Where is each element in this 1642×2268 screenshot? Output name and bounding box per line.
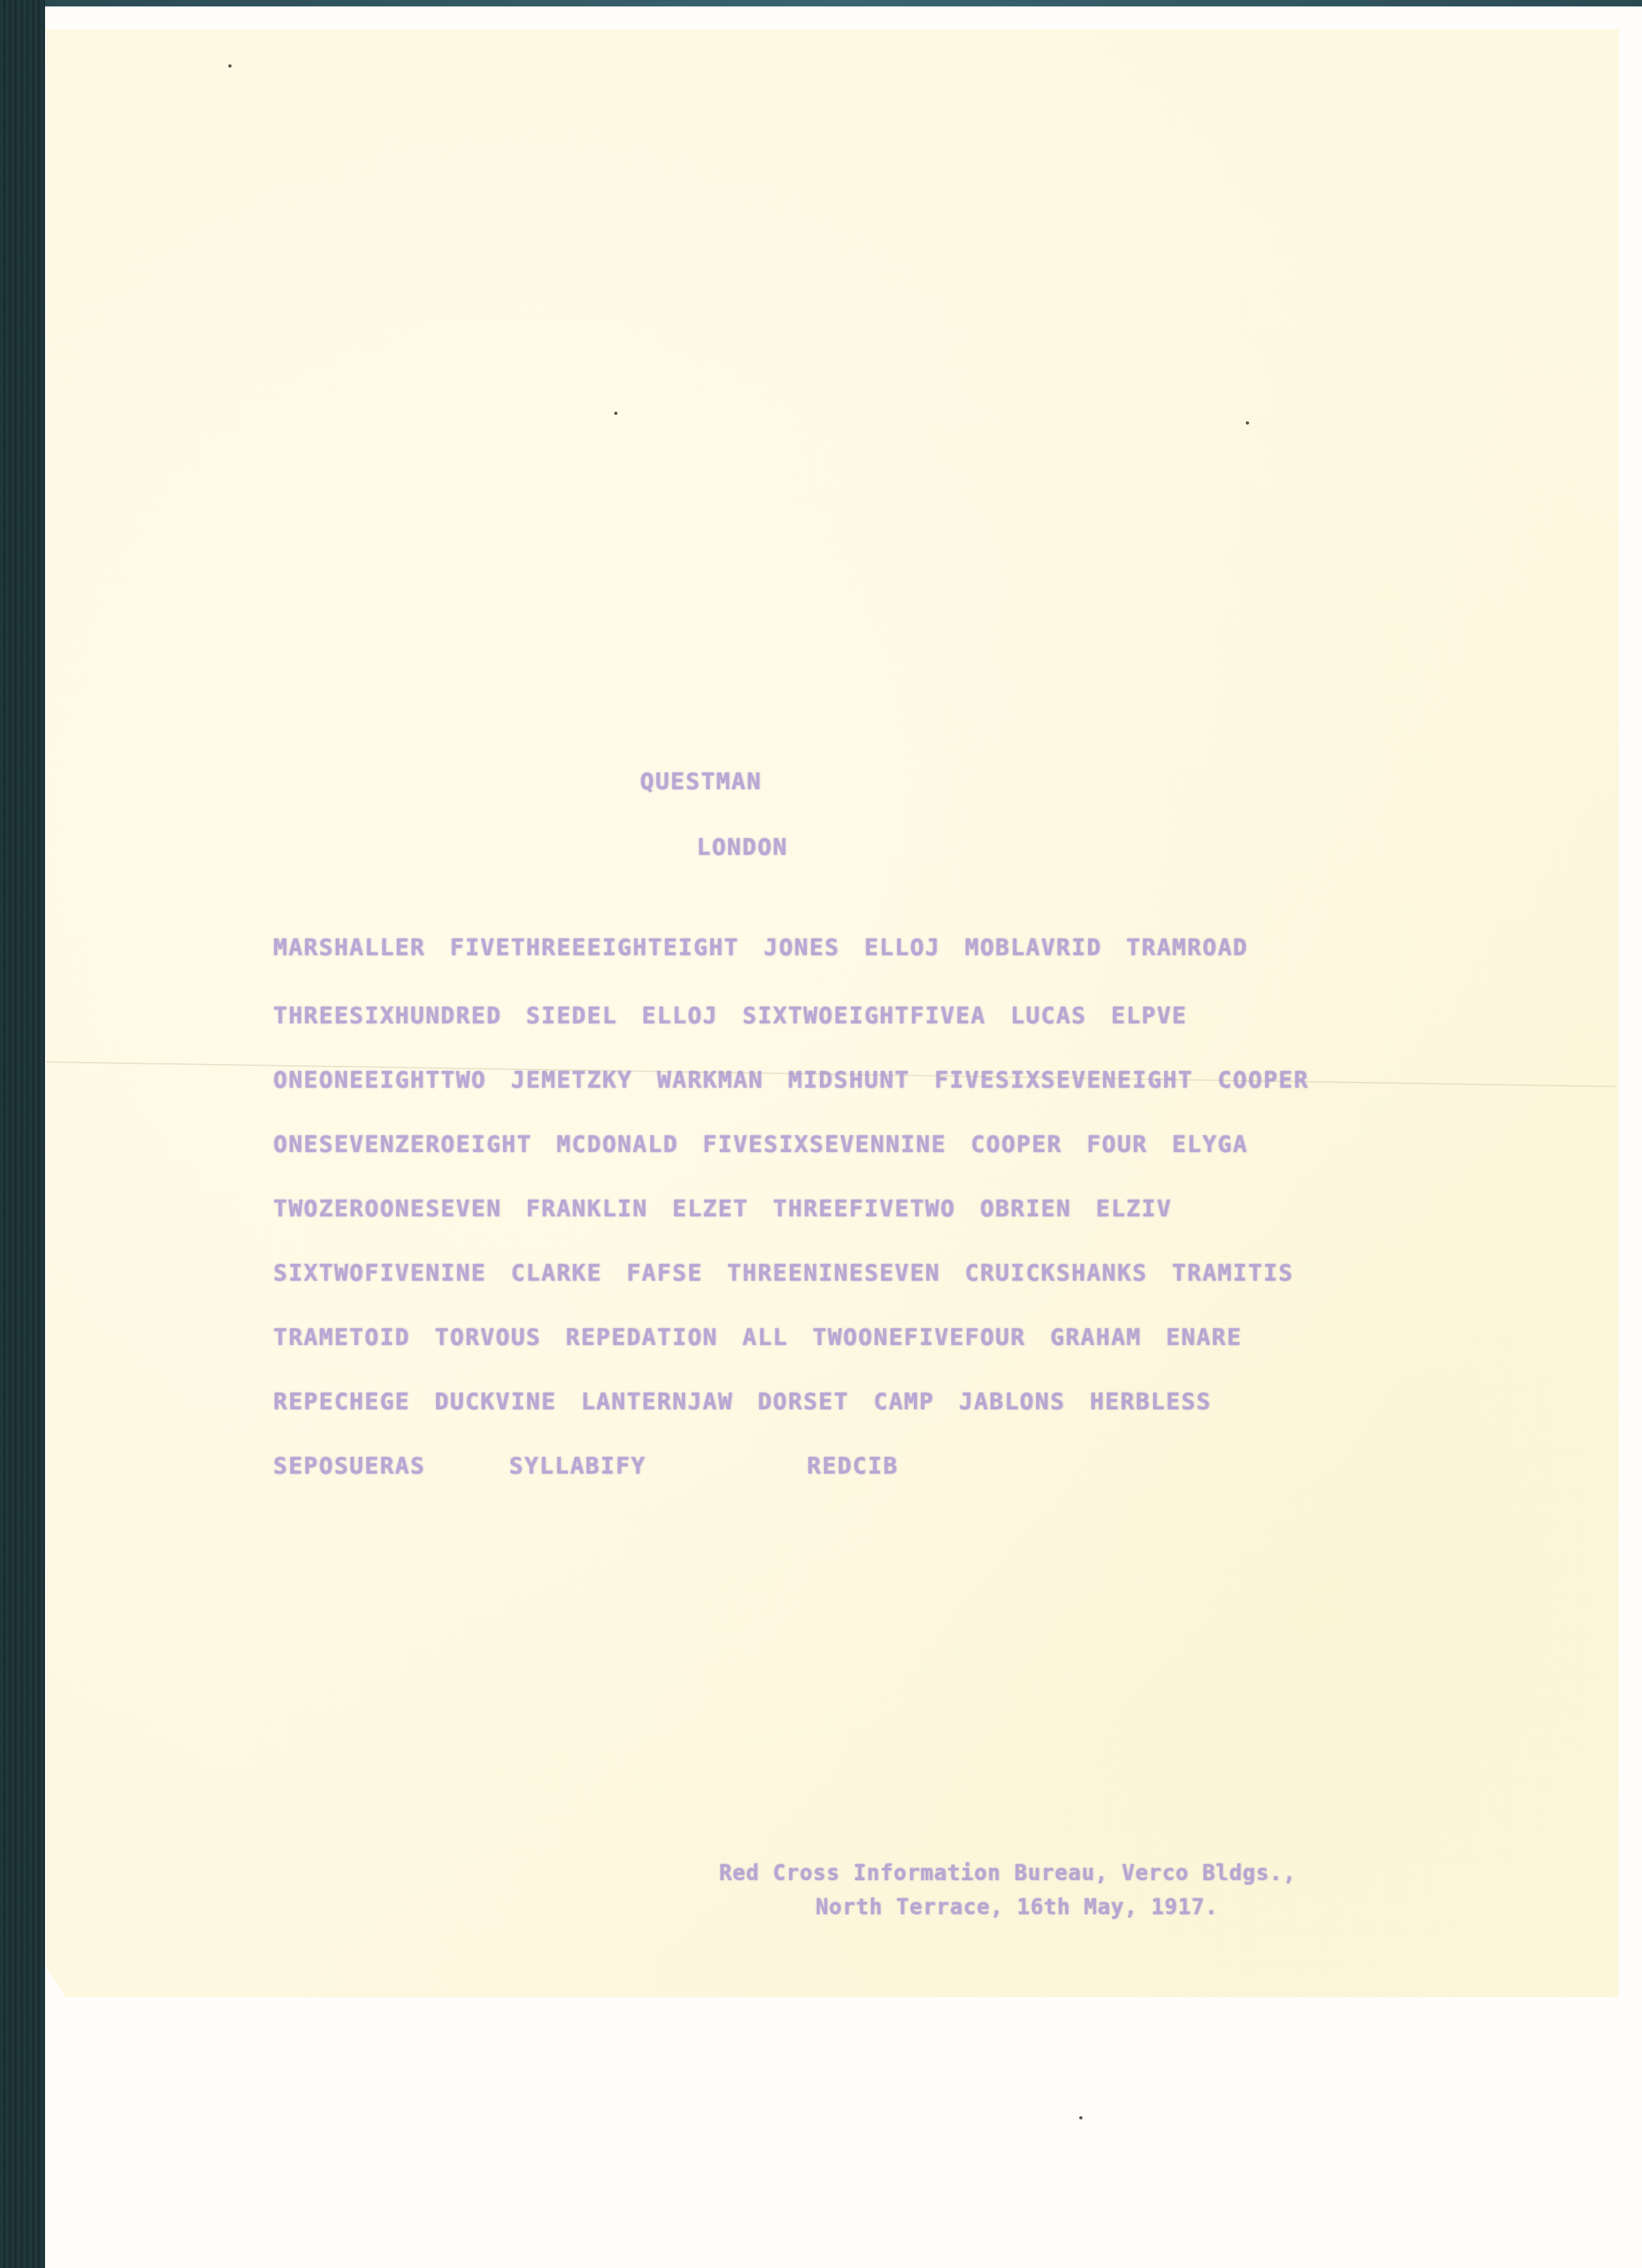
code-word: JEMETZKY (511, 1067, 632, 1093)
code-word: ELZIV (1096, 1196, 1172, 1222)
code-word: CAMP (873, 1389, 935, 1415)
code-word: COOPER (971, 1131, 1062, 1158)
code-word: THREEFIVETWO (773, 1196, 956, 1222)
code-word: LANTERNJAW (581, 1389, 733, 1415)
code-word: SEPOSUERAS (273, 1453, 426, 1479)
code-word: SIEDEL (526, 1003, 617, 1029)
scanned-page: QUESTMAN LONDON MARSHALLERFIVETHREEEIGHT… (0, 0, 1642, 2268)
code-word: MCDONALD (556, 1131, 678, 1158)
code-word: WARKMAN (657, 1067, 764, 1093)
code-word: LUCAS (1010, 1003, 1086, 1029)
code-word: ONEONEEIGHTTWO (273, 1067, 486, 1093)
code-word: MOBLAVRID (965, 935, 1102, 961)
code-word: SYLLABIFY (509, 1453, 646, 1479)
message-line: SEPOSUERASSYLLABIFYREDCIB (212, 1427, 923, 1506)
code-word: CRUICKSHANKS (965, 1260, 1147, 1286)
code-word: TRAMITIS (1172, 1260, 1293, 1286)
code-word: JABLONS (959, 1389, 1066, 1415)
sender-address-line-1: Red Cross Information Bureau, Verco Bldg… (719, 1860, 1296, 1885)
code-word: REPECHEGE (273, 1389, 410, 1415)
code-word: DUCKVINE (435, 1389, 556, 1415)
binding-spine (0, 0, 45, 2268)
code-word: FRANKLIN (526, 1196, 648, 1222)
code-word: CLARKE (511, 1260, 602, 1286)
code-word: GRAHAM (1050, 1324, 1142, 1351)
code-word: JONES (763, 935, 839, 961)
code-word: TORVOUS (435, 1324, 542, 1351)
code-word: OBRIEN (980, 1196, 1072, 1222)
code-word: SIXTWOFIVENINE (273, 1260, 486, 1286)
code-word: MIDSHUNT (788, 1067, 909, 1093)
code-word: ELLOJ (864, 935, 940, 961)
destination-city: LONDON (697, 834, 788, 861)
code-word: COOPER (1218, 1067, 1309, 1093)
code-word: TWOONEFIVEFOUR (812, 1324, 1025, 1351)
sender-address-line-2: North Terrace, 16th May, 1917. (816, 1894, 1218, 1919)
code-word: ELZET (672, 1196, 748, 1222)
paper-speck (614, 412, 617, 415)
code-word: ELYGA (1172, 1131, 1248, 1158)
paper-speck (1079, 2116, 1082, 2119)
code-word: ELLOJ (642, 1003, 718, 1029)
code-word: HERBLESS (1090, 1389, 1211, 1415)
code-word: ALL (742, 1324, 788, 1351)
code-word: DORSET (758, 1389, 849, 1415)
code-word: FOUR (1086, 1131, 1147, 1158)
code-word: THREESIXHUNDRED (273, 1003, 502, 1029)
code-word: ENARE (1166, 1324, 1242, 1351)
code-word: FAFSE (626, 1260, 702, 1286)
code-word: TRAMROAD (1126, 935, 1248, 961)
code-word: REPEDATION (566, 1324, 718, 1351)
code-word: REDCIB (807, 1453, 899, 1479)
code-word: MARSHALLER (273, 935, 426, 961)
code-word: ELPVE (1111, 1003, 1187, 1029)
code-word: FIVETHREEEIGHTEIGHT (450, 935, 739, 961)
code-word: ONESEVENZEROEIGHT (273, 1131, 532, 1158)
binding-top-strip (45, 0, 1642, 6)
message-line: MARSHALLERFIVETHREEEIGHTEIGHTJONESELLOJM… (212, 908, 1272, 987)
addressee: QUESTMAN (640, 769, 762, 795)
code-word: TWOZEROONESEVEN (273, 1196, 502, 1222)
paper-speck (228, 64, 232, 68)
code-word: FIVESIXSEVENEIGHT (935, 1067, 1193, 1093)
code-word: THREENINESEVEN (727, 1260, 940, 1286)
code-word: TRAMETOID (273, 1324, 410, 1351)
code-word: FIVESIXSEVENNINE (703, 1131, 947, 1158)
code-word: SIXTWOEIGHTFIVEA (742, 1003, 986, 1029)
paper-speck (1246, 421, 1249, 425)
